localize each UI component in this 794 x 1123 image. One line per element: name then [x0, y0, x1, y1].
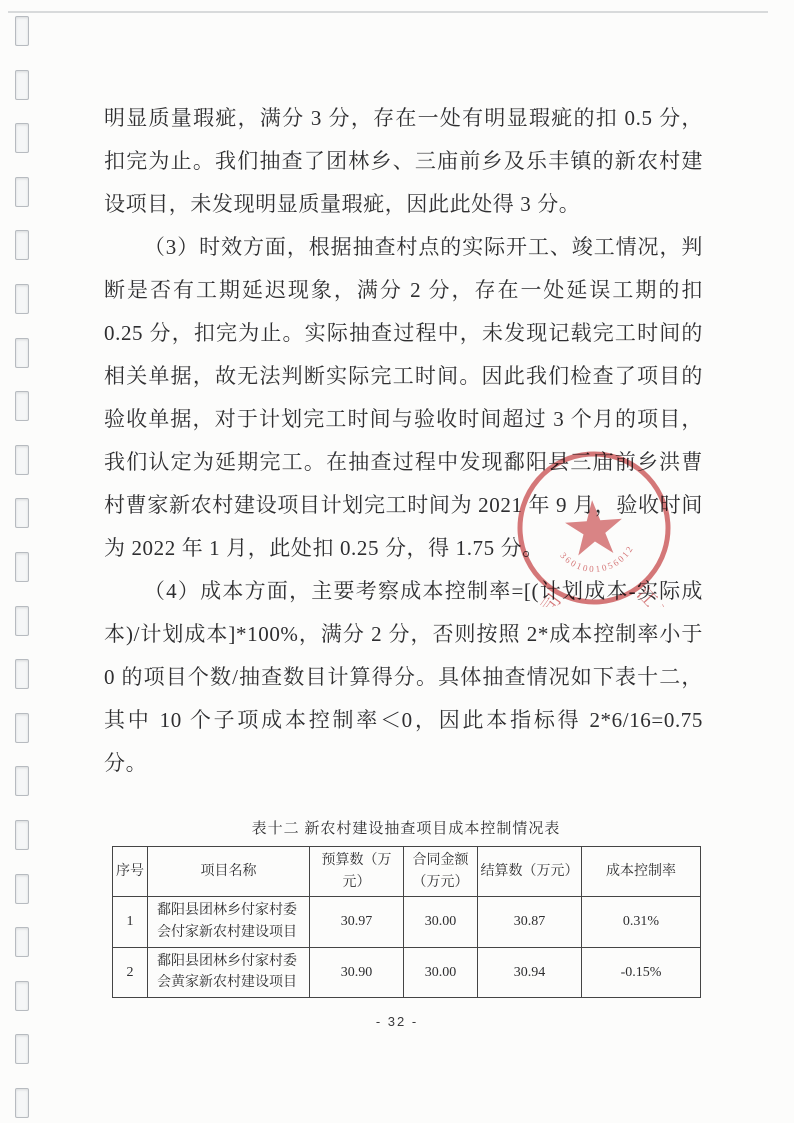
cell-index: 1 — [113, 897, 148, 947]
binding-holes — [0, 0, 40, 1123]
cell-index: 2 — [113, 947, 148, 997]
table-row: 1 鄱阳县团林乡付家村委会付家新农村建设项目 30.97 30.00 30.87… — [113, 897, 701, 947]
stamp-serial-number: 3601001056012 — [558, 544, 636, 576]
binding-hole — [15, 659, 29, 689]
cell-contract-amount: 30.00 — [404, 947, 478, 997]
scan-edge-line — [8, 11, 768, 13]
stamp-star-icon — [564, 498, 625, 556]
binding-hole — [15, 766, 29, 796]
cell-cost-control-rate: 0.31% — [582, 897, 701, 947]
document-body: 明显质量瑕疵，满分 3 分，存在一处有明显瑕疵的扣 0.5 分，扣完为止。我们抽… — [104, 97, 703, 785]
binding-hole — [15, 338, 29, 368]
col-header-settlement: 结算数（万元） — [478, 847, 582, 897]
binding-hole — [15, 1034, 29, 1064]
binding-hole — [15, 498, 29, 528]
table-row: 2 鄱阳县团林乡付家村委会黄家新农村建设项目 30.90 30.00 30.94… — [113, 947, 701, 997]
col-header-cost-control-rate: 成本控制率 — [582, 847, 701, 897]
binding-hole — [15, 820, 29, 850]
cell-settlement: 30.94 — [478, 947, 582, 997]
binding-hole — [15, 16, 29, 46]
binding-hole — [15, 177, 29, 207]
cell-cost-control-rate: -0.15% — [582, 947, 701, 997]
table-title: 表十二 新农村建设抽查项目成本控制情况表 — [112, 817, 700, 838]
cell-project-name: 鄱阳县团林乡付家村委会黄家新农村建设项目 — [148, 947, 310, 997]
col-header-contract-amount: 合同金额（万元） — [404, 847, 478, 897]
cell-budget: 30.90 — [310, 947, 404, 997]
cell-settlement: 30.87 — [478, 897, 582, 947]
col-header-index: 序号 — [113, 847, 148, 897]
binding-hole — [15, 230, 29, 260]
cell-contract-amount: 30.00 — [404, 897, 478, 947]
binding-hole — [15, 123, 29, 153]
col-header-project-name: 项目名称 — [148, 847, 310, 897]
binding-hole — [15, 552, 29, 582]
col-header-budget: 预算数（万元） — [310, 847, 404, 897]
binding-hole — [15, 874, 29, 904]
cell-budget: 30.97 — [310, 897, 404, 947]
binding-hole — [15, 1088, 29, 1118]
cell-project-name: 鄱阳县团林乡付家村委会付家新农村建设项目 — [148, 897, 310, 947]
binding-hole — [15, 70, 29, 100]
company-seal-stamp: 江西华企会计师事务所有限公司 3601001056012 — [515, 449, 673, 607]
cost-control-table: 序号 项目名称 预算数（万元） 合同金额（万元） 结算数（万元） 成本控制率 1… — [112, 846, 701, 998]
binding-hole — [15, 391, 29, 421]
page-number: - 32 - — [0, 1014, 794, 1029]
binding-hole — [15, 284, 29, 314]
binding-hole — [15, 445, 29, 475]
binding-hole — [15, 606, 29, 636]
paragraph-quality: 明显质量瑕疵，满分 3 分，存在一处有明显瑕疵的扣 0.5 分，扣完为止。我们抽… — [104, 97, 703, 226]
table-header-row: 序号 项目名称 预算数（万元） 合同金额（万元） 结算数（万元） 成本控制率 — [113, 847, 701, 897]
scanned-document-page: 明显质量瑕疵，满分 3 分，存在一处有明显瑕疵的扣 0.5 分，扣完为止。我们抽… — [0, 0, 794, 1123]
binding-hole — [15, 927, 29, 957]
binding-hole — [15, 713, 29, 743]
binding-hole — [15, 981, 29, 1011]
